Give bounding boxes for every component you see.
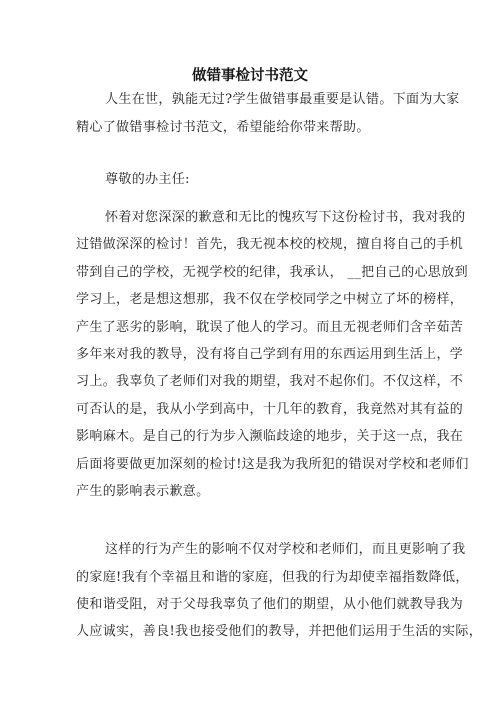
paragraph-line: 产生了恶劣的影响，耽误了他人的学习。而且无视老师们含辛茹苦 bbox=[76, 320, 463, 336]
paragraph-line: 使和谐受阻，对于父母我辜负了他们的期望，从小他们就教导我为 bbox=[76, 597, 463, 613]
paragraph-line: 后面将要做更加深刻的检讨!这是我为我所犯的错误对学校和老师们 bbox=[76, 457, 469, 473]
paragraph-line: 多年来对我的教导，没有将自己学到有用的东西运用到生活上，学 bbox=[76, 347, 463, 363]
paragraph-line: 的家庭!我有个幸福且和谐的家庭，但我的行为却使幸福指数降低， bbox=[76, 570, 469, 586]
intro-line: 人生在世，孰能无过?学生做错事最重要是认错。下面为大家 bbox=[105, 92, 459, 108]
paragraph-line: 可否认的是，我从小学到高中，十几年的教育，我竟然对其有益的 bbox=[76, 402, 463, 418]
paragraph-line: 学习上，老是想这想那，我不仅在学校同学之中树立了坏的榜样， bbox=[76, 292, 463, 308]
paragraph-line: 过错做深深的检讨！首先，我无视本校的校规，擅自将自己的手机 bbox=[76, 237, 463, 253]
paragraph-line: 带到自己的学校，无视学校的纪律，我承认， __把自己的心思放到 bbox=[76, 265, 468, 281]
paragraph-line: 这样的行为产生的影响不仅对学校和老师们，而且更影响了我 bbox=[105, 542, 465, 558]
paragraph-line: 影响麻木。是自己的行为步入濒临歧途的地步，关于这一点，我在 bbox=[76, 429, 463, 445]
paragraph-line: 习上。我辜负了老师们对我的期望，我对不起你们。不仅这样，不 bbox=[76, 374, 463, 390]
document-page: 做错事检讨书范文 人生在世，孰能无过?学生做错事最重要是认错。下面为大家 精心了… bbox=[0, 0, 500, 708]
paragraph-line: 怀着对您深深的歉意和无比的愧疚写下这份检讨书，我对我的 bbox=[105, 210, 465, 226]
paragraph-line: 产生的影响表示歉意。 bbox=[76, 484, 210, 500]
paragraph-line: 人应诚实，善良!我也接受他们的教导，并把他们运用于生活的实际， bbox=[76, 624, 482, 640]
salutation: 尊敬的办主任: bbox=[105, 172, 190, 188]
document-title: 做错事检讨书范文 bbox=[0, 64, 500, 85]
intro-line: 精心了做错事检讨书范文，希望能给你带来帮助。 bbox=[76, 120, 370, 136]
